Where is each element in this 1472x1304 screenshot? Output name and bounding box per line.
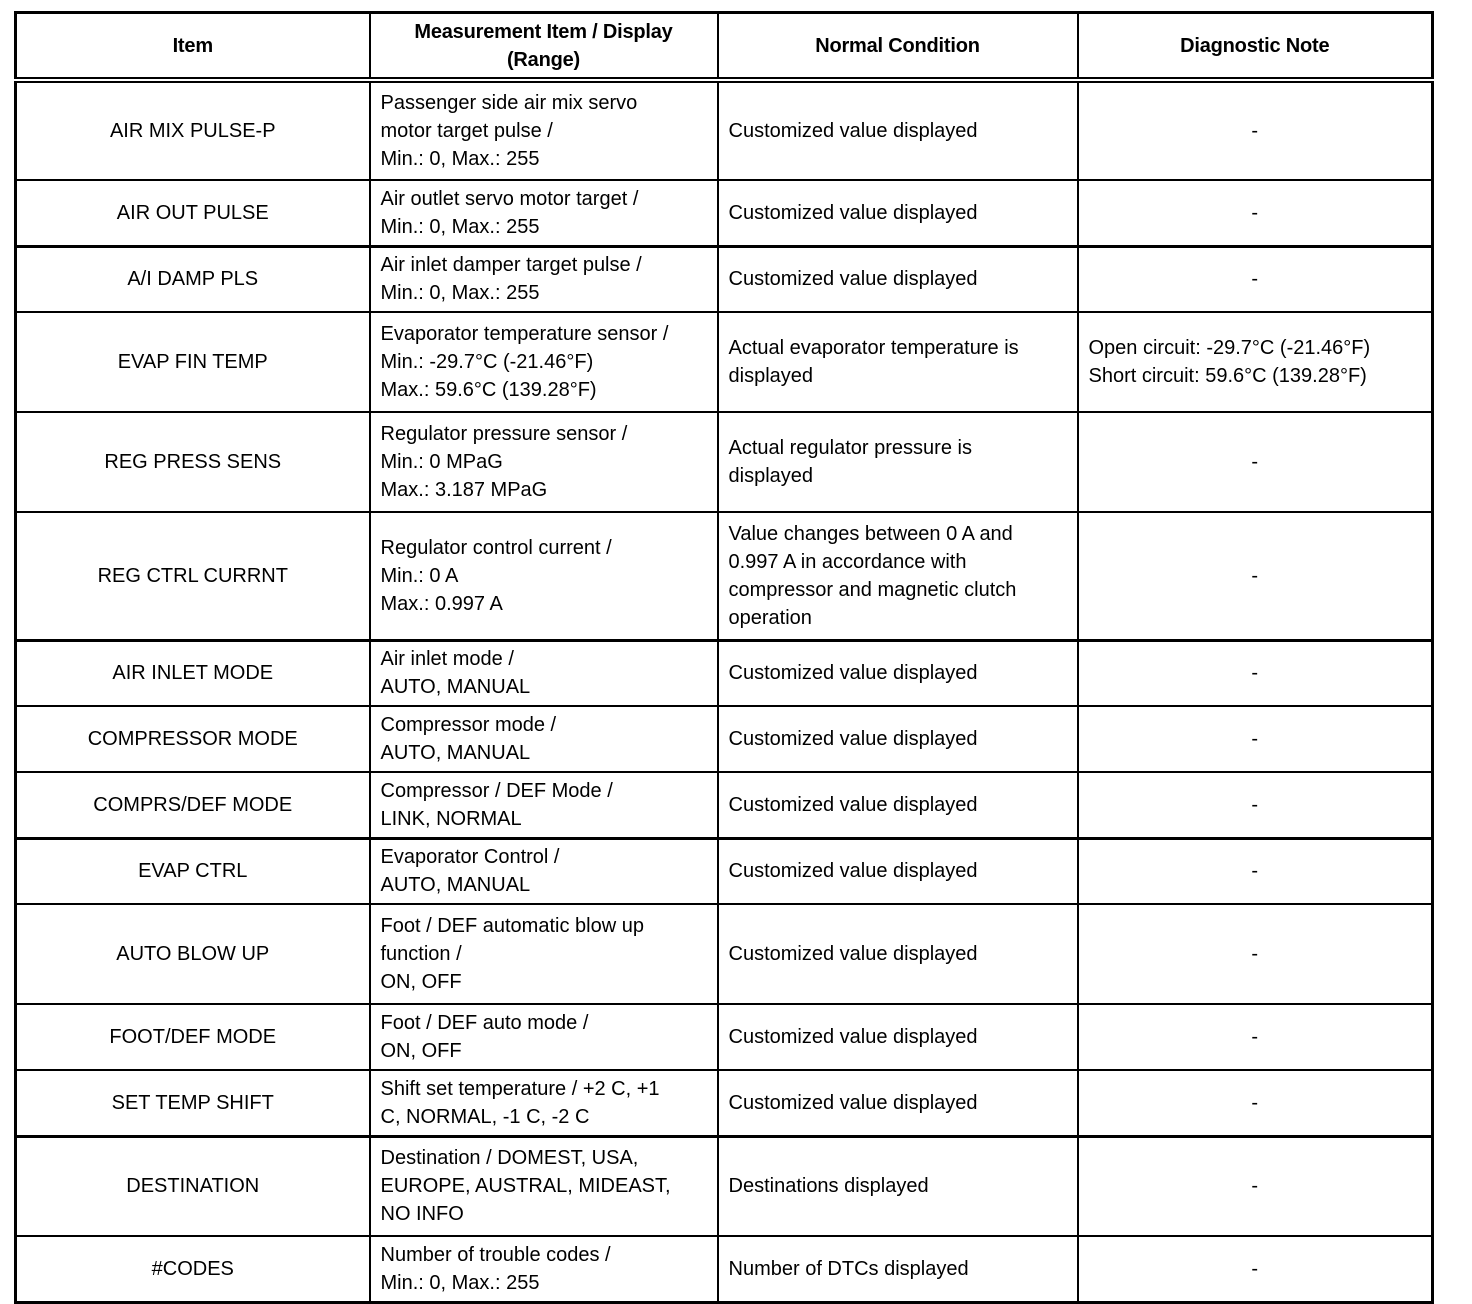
cell-line: EUROPE, AUSTRAL, MIDEAST, xyxy=(381,1172,707,1200)
diagnostic-note-cell: - xyxy=(1078,838,1433,904)
cell-line: Min.: 0, Max.: 255 xyxy=(381,279,707,307)
cell-line: Min.: 0, Max.: 255 xyxy=(381,1269,707,1297)
cell-line: Normal Condition xyxy=(729,32,1067,60)
cell-line: Passenger side air mix servo xyxy=(381,89,707,117)
cell-line: Item xyxy=(27,32,359,60)
normal-condition-cell: Actual evaporator temperature isdisplaye… xyxy=(718,312,1078,412)
cell-line: C, NORMAL, -1 C, -2 C xyxy=(381,1103,707,1131)
cell-line: Destination / DOMEST, USA, xyxy=(381,1144,707,1172)
cell-line: Customized value displayed xyxy=(729,199,1067,227)
table-row: REG CTRL CURRNTRegulator control current… xyxy=(16,512,1433,640)
table-row: AIR INLET MODEAir inlet mode /AUTO, MANU… xyxy=(16,640,1433,706)
cell-line: - xyxy=(1089,448,1422,476)
cell-line: motor target pulse / xyxy=(381,117,707,145)
diagnostic-note-cell: - xyxy=(1078,1236,1433,1302)
cell-line: displayed xyxy=(729,462,1067,490)
diagnostic-note-cell: - xyxy=(1078,246,1433,312)
item-cell: COMPRS/DEF MODE xyxy=(16,772,370,838)
cell-line: ON, OFF xyxy=(381,968,707,996)
cell-line: Actual evaporator temperature is xyxy=(729,334,1067,362)
table-body: AIR MIX PULSE-PPassenger side air mix se… xyxy=(16,80,1433,1302)
cell-line: Customized value displayed xyxy=(729,659,1067,687)
cell-line: Evaporator Control / xyxy=(381,843,707,871)
cell-line: - xyxy=(1089,117,1422,145)
normal-condition-cell: Customized value displayed xyxy=(718,1004,1078,1070)
cell-line: Measurement Item / Display xyxy=(381,18,707,46)
cell-line: Compressor / DEF Mode / xyxy=(381,777,707,805)
table-row: EVAP CTRLEvaporator Control /AUTO, MANUA… xyxy=(16,838,1433,904)
normal-condition-cell: Customized value displayed xyxy=(718,1070,1078,1136)
cell-line: AUTO, MANUAL xyxy=(381,871,707,899)
cell-line: compressor and magnetic clutch xyxy=(729,576,1067,604)
cell-line: - xyxy=(1089,940,1422,968)
cell-line: - xyxy=(1089,265,1422,293)
item-cell: #CODES xyxy=(16,1236,370,1302)
cell-line: Customized value displayed xyxy=(729,1089,1067,1117)
diagnostic-note-cell: - xyxy=(1078,1004,1433,1070)
diagnostic-note-cell: - xyxy=(1078,412,1433,512)
measurement-cell: Air inlet damper target pulse /Min.: 0, … xyxy=(370,246,718,312)
table-row: AIR OUT PULSEAir outlet servo motor targ… xyxy=(16,180,1433,246)
cell-line: Customized value displayed xyxy=(729,791,1067,819)
cell-line: Diagnostic Note xyxy=(1089,32,1422,60)
cell-line: - xyxy=(1089,1255,1422,1283)
diagnostic-note-cell: - xyxy=(1078,706,1433,772)
cell-line: - xyxy=(1089,659,1422,687)
measurement-cell: Regulator control current /Min.: 0 AMax.… xyxy=(370,512,718,640)
item-cell: AIR OUT PULSE xyxy=(16,180,370,246)
cell-line: Foot / DEF auto mode / xyxy=(381,1009,707,1037)
normal-condition-cell: Customized value displayed xyxy=(718,706,1078,772)
table-row: FOOT/DEF MODEFoot / DEF auto mode /ON, O… xyxy=(16,1004,1433,1070)
measurement-cell: Number of trouble codes /Min.: 0, Max.: … xyxy=(370,1236,718,1302)
cell-line: Air inlet mode / xyxy=(381,645,707,673)
diagnostic-note-cell: - xyxy=(1078,640,1433,706)
diagnostic-note-cell: - xyxy=(1078,904,1433,1004)
normal-condition-cell: Actual regulator pressure isdisplayed xyxy=(718,412,1078,512)
measurement-cell: Compressor / DEF Mode /LINK, NORMAL xyxy=(370,772,718,838)
table-row: COMPRESSOR MODECompressor mode /AUTO, MA… xyxy=(16,706,1433,772)
table-row: SET TEMP SHIFTShift set temperature / +2… xyxy=(16,1070,1433,1136)
header-measurement: Measurement Item / Display(Range) xyxy=(370,13,718,81)
normal-condition-cell: Customized value displayed xyxy=(718,904,1078,1004)
measurement-cell: Passenger side air mix servomotor target… xyxy=(370,80,718,180)
cell-line: - xyxy=(1089,857,1422,885)
cell-line: - xyxy=(1089,1089,1422,1117)
cell-line: Number of DTCs displayed xyxy=(729,1255,1067,1283)
cell-line: Customized value displayed xyxy=(729,117,1067,145)
cell-line: AUTO, MANUAL xyxy=(381,739,707,767)
item-cell: AUTO BLOW UP xyxy=(16,904,370,1004)
measurement-cell: Foot / DEF auto mode /ON, OFF xyxy=(370,1004,718,1070)
item-cell: SET TEMP SHIFT xyxy=(16,1070,370,1136)
cell-line: 0.997 A in accordance with xyxy=(729,548,1067,576)
cell-line: Min.: 0 A xyxy=(381,562,707,590)
cell-line: Max.: 59.6°C (139.28°F) xyxy=(381,376,707,404)
cell-line: - xyxy=(1089,1023,1422,1051)
measurement-cell: Compressor mode /AUTO, MANUAL xyxy=(370,706,718,772)
cell-line: - xyxy=(1089,562,1422,590)
cell-line: Value changes between 0 A and xyxy=(729,520,1067,548)
diagnostic-note-cell: - xyxy=(1078,1136,1433,1236)
cell-line: Short circuit: 59.6°C (139.28°F) xyxy=(1089,362,1422,390)
cell-line: function / xyxy=(381,940,707,968)
cell-line: Min.: -29.7°C (-21.46°F) xyxy=(381,348,707,376)
cell-line: Customized value displayed xyxy=(729,725,1067,753)
table-row: A/I DAMP PLSAir inlet damper target puls… xyxy=(16,246,1433,312)
item-cell: FOOT/DEF MODE xyxy=(16,1004,370,1070)
table-row: DESTINATIONDestination / DOMEST, USA,EUR… xyxy=(16,1136,1433,1236)
table-row: REG PRESS SENSRegulator pressure sensor … xyxy=(16,412,1433,512)
diagnostic-note-cell: - xyxy=(1078,512,1433,640)
cell-line: Evaporator temperature sensor / xyxy=(381,320,707,348)
cell-line: Regulator control current / xyxy=(381,534,707,562)
cell-line: (Range) xyxy=(381,46,707,74)
cell-line: Min.: 0, Max.: 255 xyxy=(381,213,707,241)
measurement-cell: Destination / DOMEST, USA,EUROPE, AUSTRA… xyxy=(370,1136,718,1236)
normal-condition-cell: Destinations displayed xyxy=(718,1136,1078,1236)
cell-line: operation xyxy=(729,604,1067,632)
cell-line: Actual regulator pressure is xyxy=(729,434,1067,462)
normal-condition-cell: Number of DTCs displayed xyxy=(718,1236,1078,1302)
data-list-table: Item Measurement Item / Display(Range) N… xyxy=(14,11,1434,1304)
cell-line: Max.: 0.997 A xyxy=(381,590,707,618)
cell-line: Air inlet damper target pulse / xyxy=(381,251,707,279)
measurement-cell: Air inlet mode /AUTO, MANUAL xyxy=(370,640,718,706)
cell-line: Customized value displayed xyxy=(729,1023,1067,1051)
item-cell: AIR MIX PULSE-P xyxy=(16,80,370,180)
diagnostic-note-cell: Open circuit: -29.7°C (-21.46°F)Short ci… xyxy=(1078,312,1433,412)
item-cell: REG CTRL CURRNT xyxy=(16,512,370,640)
normal-condition-cell: Customized value displayed xyxy=(718,80,1078,180)
diagnostic-note-cell: - xyxy=(1078,80,1433,180)
item-cell: AIR INLET MODE xyxy=(16,640,370,706)
diagnostic-note-cell: - xyxy=(1078,180,1433,246)
item-cell: EVAP FIN TEMP xyxy=(16,312,370,412)
table-row: COMPRS/DEF MODECompressor / DEF Mode /LI… xyxy=(16,772,1433,838)
cell-line: Customized value displayed xyxy=(729,857,1067,885)
item-cell: COMPRESSOR MODE xyxy=(16,706,370,772)
cell-line: Shift set temperature / +2 C, +1 xyxy=(381,1075,707,1103)
cell-line: ON, OFF xyxy=(381,1037,707,1065)
measurement-cell: Foot / DEF automatic blow upfunction /ON… xyxy=(370,904,718,1004)
cell-line: Air outlet servo motor target / xyxy=(381,185,707,213)
cell-line: Foot / DEF automatic blow up xyxy=(381,912,707,940)
cell-line: Customized value displayed xyxy=(729,265,1067,293)
cell-line: Regulator pressure sensor / xyxy=(381,420,707,448)
item-cell: DESTINATION xyxy=(16,1136,370,1236)
cell-line: displayed xyxy=(729,362,1067,390)
measurement-cell: Shift set temperature / +2 C, +1C, NORMA… xyxy=(370,1070,718,1136)
cell-line: Customized value displayed xyxy=(729,940,1067,968)
normal-condition-cell: Value changes between 0 A and0.997 A in … xyxy=(718,512,1078,640)
cell-line: - xyxy=(1089,199,1422,227)
normal-condition-cell: Customized value displayed xyxy=(718,640,1078,706)
diagnostic-note-cell: - xyxy=(1078,1070,1433,1136)
header-item: Item xyxy=(16,13,370,81)
cell-line: Destinations displayed xyxy=(729,1172,1067,1200)
cell-line: Max.: 3.187 MPaG xyxy=(381,476,707,504)
normal-condition-cell: Customized value displayed xyxy=(718,180,1078,246)
cell-line: Open circuit: -29.7°C (-21.46°F) xyxy=(1089,334,1422,362)
measurement-cell: Evaporator temperature sensor /Min.: -29… xyxy=(370,312,718,412)
cell-line: Min.: 0 MPaG xyxy=(381,448,707,476)
table-row: #CODESNumber of trouble codes /Min.: 0, … xyxy=(16,1236,1433,1302)
item-cell: A/I DAMP PLS xyxy=(16,246,370,312)
table-row: AIR MIX PULSE-PPassenger side air mix se… xyxy=(16,80,1433,180)
cell-line: AUTO, MANUAL xyxy=(381,673,707,701)
cell-line: NO INFO xyxy=(381,1200,707,1228)
table-row: AUTO BLOW UPFoot / DEF automatic blow up… xyxy=(16,904,1433,1004)
header-row: Item Measurement Item / Display(Range) N… xyxy=(16,13,1433,81)
cell-line: - xyxy=(1089,725,1422,753)
measurement-cell: Regulator pressure sensor /Min.: 0 MPaGM… xyxy=(370,412,718,512)
measurement-cell: Air outlet servo motor target /Min.: 0, … xyxy=(370,180,718,246)
measurement-cell: Evaporator Control /AUTO, MANUAL xyxy=(370,838,718,904)
cell-line: Min.: 0, Max.: 255 xyxy=(381,145,707,173)
cell-line: Compressor mode / xyxy=(381,711,707,739)
header-normal-condition: Normal Condition xyxy=(718,13,1078,81)
normal-condition-cell: Customized value displayed xyxy=(718,772,1078,838)
cell-line: - xyxy=(1089,1172,1422,1200)
cell-line: - xyxy=(1089,791,1422,819)
normal-condition-cell: Customized value displayed xyxy=(718,246,1078,312)
diagnostic-note-cell: - xyxy=(1078,772,1433,838)
cell-line: Number of trouble codes / xyxy=(381,1241,707,1269)
item-cell: EVAP CTRL xyxy=(16,838,370,904)
header-diagnostic-note: Diagnostic Note xyxy=(1078,13,1433,81)
cell-line: LINK, NORMAL xyxy=(381,805,707,833)
item-cell: REG PRESS SENS xyxy=(16,412,370,512)
normal-condition-cell: Customized value displayed xyxy=(718,838,1078,904)
table-row: EVAP FIN TEMPEvaporator temperature sens… xyxy=(16,312,1433,412)
